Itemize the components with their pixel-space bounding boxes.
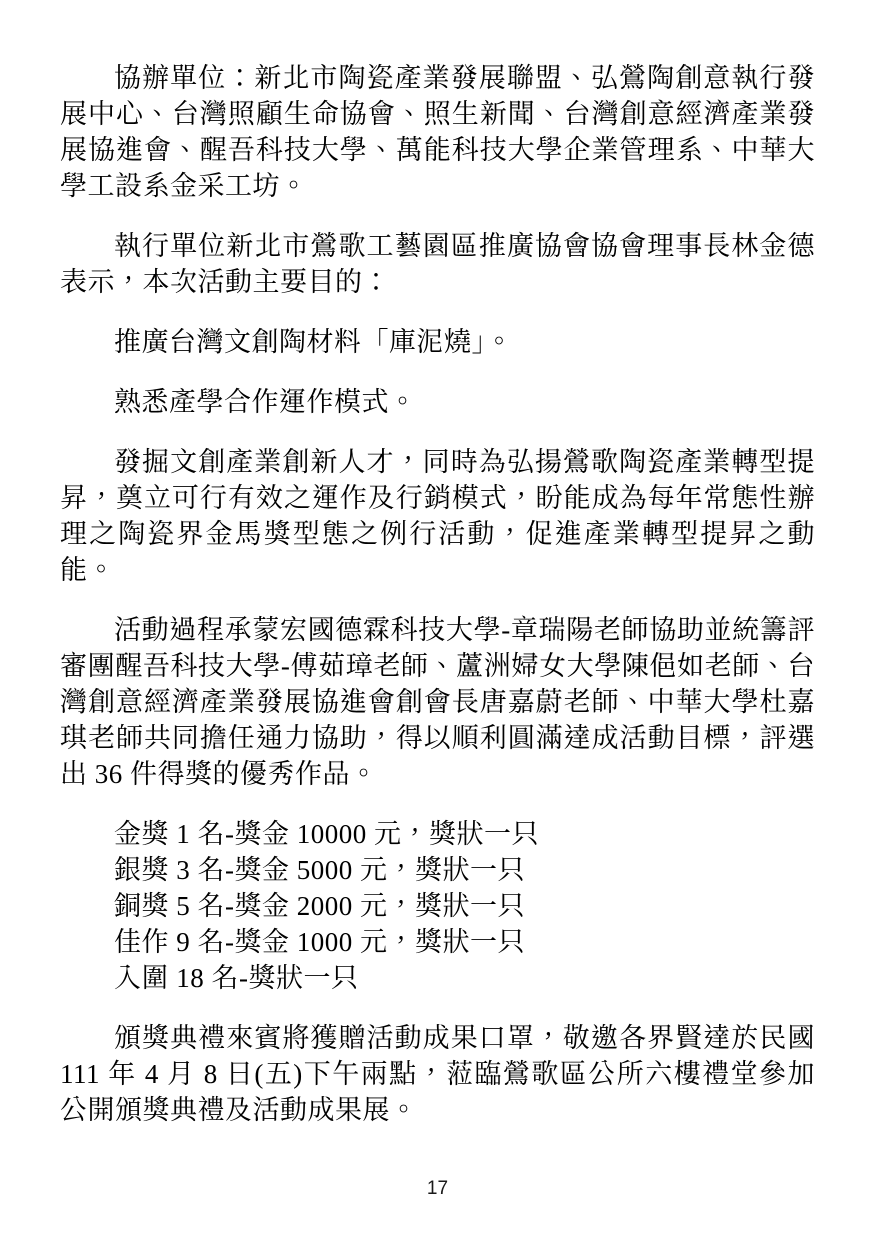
award-line-gold: 金獎 1 名-獎金 10000 元，獎狀一只 bbox=[60, 816, 815, 852]
document-page: 協辦單位：新北市陶瓷產業發展聯盟、弘鶯陶創意執行發展中心、台灣照顧生命協會、照生… bbox=[0, 0, 875, 1240]
page-footer: 17 bbox=[0, 1178, 875, 1200]
paragraph-cohost-units: 協辦單位：新北市陶瓷產業發展聯盟、弘鶯陶創意執行發展中心、台灣照顧生命協會、照生… bbox=[60, 60, 815, 204]
award-line-honorable: 佳作 9 名-獎金 1000 元，獎狀一只 bbox=[60, 924, 815, 960]
paragraph-goal-promote: 推廣台灣文創陶材料「庫泥燒」。 bbox=[60, 324, 815, 360]
award-line-bronze: 銅獎 5 名-獎金 2000 元，獎狀一只 bbox=[60, 888, 815, 924]
paragraph-goal-cooperation: 熟悉產學合作運作模式。 bbox=[60, 384, 815, 420]
paragraph-goal-talent: 發掘文創產業創新人才，同時為弘揚鶯歌陶瓷產業轉型提昇，奠立可行有效之運作及行銷模… bbox=[60, 444, 815, 588]
paragraph-ceremony: 頒獎典禮來賓將獲贈活動成果口罩，敬邀各界賢達於民國 111 年 4 月 8 日(… bbox=[60, 1020, 815, 1128]
paragraph-jury: 活動過程承蒙宏國德霖科技大學-章瑞陽老師協助並統籌評審團醒吾科技大學-傅茹璋老師… bbox=[60, 612, 815, 792]
award-line-silver: 銀獎 3 名-獎金 5000 元，獎狀一只 bbox=[60, 852, 815, 888]
awards-list: 金獎 1 名-獎金 10000 元，獎狀一只 銀獎 3 名-獎金 5000 元，… bbox=[60, 816, 815, 996]
paragraph-executive-unit: 執行單位新北市鶯歌工藝園區推廣協會協會理事長林金德表示，本次活動主要目的： bbox=[60, 228, 815, 300]
page-number: 17 bbox=[427, 1178, 448, 1199]
award-line-finalist: 入圍 18 名-獎狀一只 bbox=[60, 960, 815, 996]
document-body: 協辦單位：新北市陶瓷產業發展聯盟、弘鶯陶創意執行發展中心、台灣照顧生命協會、照生… bbox=[60, 60, 815, 1128]
